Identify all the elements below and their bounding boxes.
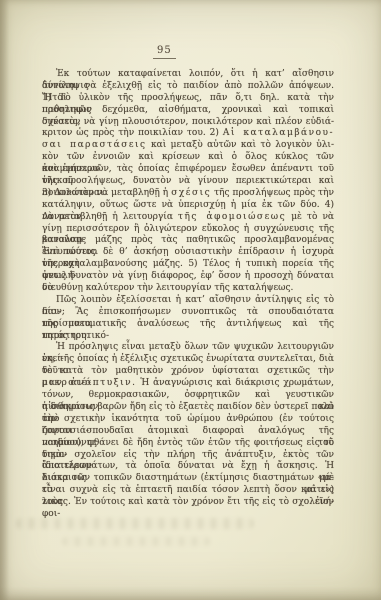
text-line: Ἐκ τούτων καταφαίνεται λοιπόν, ὅτι ἡ κατ… [42,69,334,81]
body-text: διευθύνῃ καλύτερον τὴν λειτουργίαν τῆς κ… [42,283,293,293]
body-text: μὲ τὸ νὰ [286,212,334,222]
emphasized-text: σχέσις [171,188,211,198]
body-text: δυνατὸν νὰ γίνῃ πλουσιότερον, ποικιλότερ… [42,117,334,127]
emphasized-text: Αἱ καταλαμβάνου- [223,128,334,138]
text-line: ραν ἀνάπτυξιν. Ἡ ἀναγνώρισις καὶ διάκρισ… [42,378,334,390]
show-through-smudge [62,537,210,546]
body-text: λικας. Ἐν τούτοις καὶ κατὰ τὸν χρόνον ἔτ… [42,497,334,519]
body-text: τητός του. [42,331,89,341]
emphasized-text: ραν ἀνάπτυξιν. [42,378,136,388]
text-line: διευθύνῃ καλύτερον τὴν λειτουργίαν τῆς κ… [42,283,334,295]
text-line: τικὸν σχολεῖον εἰς τὴν πλήρη τῆς ἀνάπτυξ… [42,450,334,462]
text-line: δίον; Ἂς ἐπισκοπήσωμεν συνοπτικῶς τὰ σπο… [42,307,334,319]
text-line: ψεως δυνατὸν νὰ γίνῃ διάφορος, ἐφ’ ὅσον … [42,271,334,283]
text-line: τητός του. [42,331,334,343]
text-line: τῆς πνευματικῆς ἀναλύσεως τῆς ἀντιλήψεως… [42,319,334,331]
text-line: νη, τῆς ὁποίας ἡ ἐξέλιξις σχετικῶς ἐνωρί… [42,354,334,366]
body-text: δὲ κατὰ τὸν μαθητικὸν χρόνον ὑφίσταται σ… [42,366,334,376]
page-text: Ἐκ τούτων καταφαίνεται λοιπόν, ὅτι ἡ κατ… [42,69,334,509]
body-text: τῆς προσλήψεως πρὸς τὴν [211,188,334,198]
text-line: τόνων, θερμοκρασιακῶν, ὀσφρητικῶν καὶ γε… [42,390,334,402]
text-line: 3) Δυνατὸν νὰ μεταβληθῇ ἡ σχέσις τῆς προ… [42,188,334,200]
page-number: 95 [153,45,176,59]
text-line: 1) Τὸ ὑλικὸν τῆς προσλήψεως, πᾶν ὅ,τι δη… [42,93,334,105]
body-text: καὶ μεταξὺ αὐτῶν καὶ τὸ λογικὸν ὑλι- [147,140,334,150]
text-line: ἡ διάκρισις βαρῶν ἤδη εἰς τὸ ἑξαετὲς παι… [42,402,334,414]
text-line: δυνατὸν νὰ γίνῃ πλουσιότερον, ποικιλότερ… [42,117,334,129]
text-line: τὴν σχετικὴν ἱκανότητα τοῦ ὡρίμου ἀνθρώπ… [42,414,334,426]
text-line: δύναται νὰ ἐξελιχθῇ εἰς τὸ παιδίον ἀπὸ π… [42,81,334,93]
text-line: κριτον ὡς πρὸς τὴν ποικιλίαν του. 2) Αἱ … [42,128,334,140]
body-text: 3) Δυνατὸν νὰ μεταβληθῇ ἡ [42,188,171,198]
text-line: κατάληψιν, οὕτως ὥστε νὰ ὑπερισχύῃ ἡ μία… [42,200,334,212]
text-line: νὰ μεταβληθῇ ἡ λειτουργία τῆς ἀφομοιώσεω… [42,212,334,224]
text-line: κὸν τῶν ἐννοιῶν καὶ κρίσεων καὶ ὁ ὅλος κ… [42,152,334,164]
text-line: παιδίου), φθάνει δὲ ἤδη ἐντὸς τῶν ἐτῶν τ… [42,438,334,450]
text-line: παθητικῶς δεχόμεθα, αἰσθήματα, χρονικαὶ … [42,105,334,117]
text-line: τῆς καταλαμβανούσης μάζης. 5) Τέλος ἡ τυ… [42,259,334,271]
body-text: νὰ μεταβληθῇ ἡ λειτουργία [42,212,178,222]
text-line: Ἐπὶ τούτου δὲ θ’ ἀσκήσῃ οὐσιαστικὴν ἐπίδ… [42,247,334,259]
text-line: λικας. Ἐν τούτοις καὶ κατὰ τὸν χρόνον ἔτ… [42,497,334,509]
text-line: καὶ ἐμπειριῶν, τὰς ὁποίας ἐπιφέρομεν ἔσω… [42,164,334,176]
text-line: σαι παραστάσεις καὶ μεταξὺ αὐτῶν καὶ τὸ … [42,140,334,152]
text-line: ζονται σπουδαῖαι ἀτομικαὶ διαφοραὶ ἀναλό… [42,426,334,438]
emphasized-text: σαι παραστάσεις [42,140,147,150]
body-text: Ἡ ἀναγνώρισις καὶ διάκρισις χρωμάτων, [136,378,334,388]
text-line: τῆς προσλήψεως, δυνατὸν νὰ γίνουν περιεκ… [42,176,334,188]
text-line: εἶναι συχνὰ εἰς τὰ ἑπταετῆ παιδία τόσον … [42,485,334,497]
emphasized-text: τῆς ἀφομοιώσεως [178,212,286,222]
text-line: Πῶς λοιπὸν ἐξελίσσεται ἡ κατ’ αἴσθησιν ἀ… [42,295,334,307]
text-line: γίνῃ περισσότερον ἢ ὀλιγώτερον εὔκολος ἡ… [42,224,334,236]
text-line: ἀποτελεσμάτων, τὰ ὁποῖα δύναται νὰ ἔχῃ ἡ… [42,461,334,473]
book-page: 95 Ἐκ τούτων καταφαίνεται λοιπόν, ὅτι ἡ … [0,0,381,600]
text-line: Ἡ πρόσληψις εἶναι μεταξὺ ὅλων τῶν ψυχικῶ… [42,342,334,354]
body-text: κριτον ὡς πρὸς τὴν ποικιλίαν του. 2) [42,128,223,138]
text-line: βανούσης μάζης πρὸς τὰς παθητικῶς προσλα… [42,235,334,247]
text-line: λιστα τῶν τοπικῶν διαστημάτων (ἐκτίμησις… [42,473,334,485]
text-line: δὲ κατὰ τὸν μαθητικὸν χρόνον ὑφίσταται σ… [42,366,334,378]
